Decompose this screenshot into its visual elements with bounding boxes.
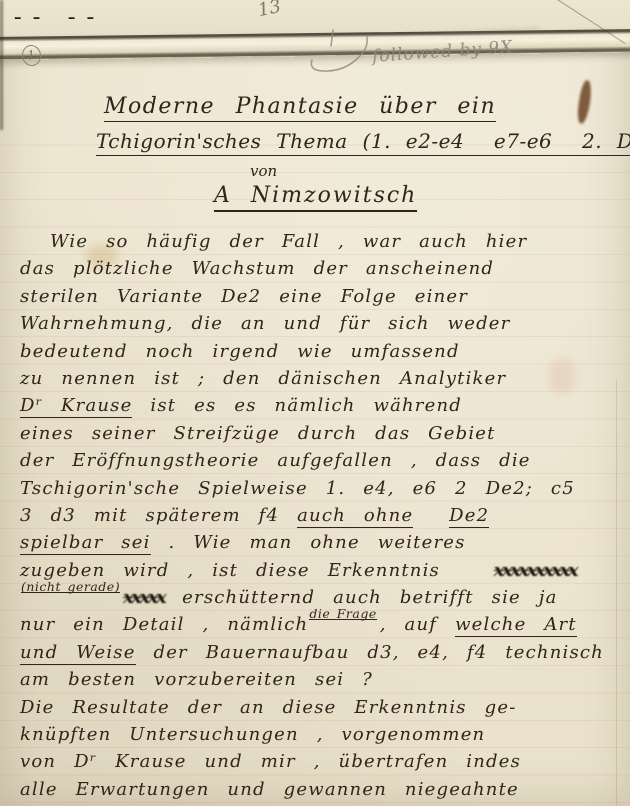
manuscript-page: – – – – 13 1 followed by 9X Moderne Phan… [0, 0, 630, 806]
handwritten-text: Die Resultate der an diese Erkenntnis ge… [20, 697, 517, 718]
handwritten-text: sterilen Variante De2 eine Folge einer [20, 286, 468, 307]
ink-scribble: xxxxxxxxxx [494, 560, 576, 581]
handwritten-text: . Wie man ohne weiteres [151, 532, 466, 553]
handwritten-text: zugeben wird , ist diese Erkenntnis [20, 560, 494, 581]
handwritten-text: Wie so häufig der Fall , war auch hier [50, 231, 527, 252]
handwritten-line: das plötzliche Wachstum der anscheinend [20, 258, 622, 285]
title-line-1-text: Moderne Phantasie über ein [104, 94, 496, 122]
scan-edge-shadow [0, 0, 3, 130]
handwritten-line: alle Erwartungen und gewannen niegeahnte [20, 779, 622, 806]
handwritten-text [413, 505, 449, 526]
handwritten-text: zu nennen ist ; den dänischen Analytiker [20, 368, 506, 389]
inserted-correction: (nicht gerade) [21, 582, 120, 593]
handwritten-text: von Dʳ Krause und mir , übertrafen indes [20, 751, 521, 772]
underlined-text: welche Art [455, 614, 577, 637]
ink-scribble: xxxxx [123, 587, 164, 608]
handwritten-text: Tschigorin'sche Spielweise 1. e4, e6 2 D… [20, 478, 575, 499]
underlined-text: und Weise [20, 642, 136, 665]
handwritten-text: eines seiner Streifzüge durch das Gebiet [20, 423, 496, 444]
handwritten-line: eines seiner Streifzüge durch das Gebiet [20, 423, 622, 450]
handwritten-text: Wahrnehmung, die an und für sich weder [20, 313, 510, 334]
handwritten-line: Die Resultate der an diese Erkenntnis ge… [20, 697, 622, 724]
handwritten-text: der Bauernaufbau d3, e4, f4 technisch [136, 642, 604, 663]
handwritten-line: spielbar sei . Wie man ohne weiteres [20, 532, 622, 559]
handwritten-line: Wie so häufig der Fall , war auch hier [20, 231, 622, 258]
handwritten-text: am besten vorzubereiten sei ? [20, 669, 373, 690]
inserted-correction: die Frage [309, 609, 376, 620]
handwritten-text: , auf [380, 614, 455, 635]
handwritten-text: erschütternd auch betrifft sie ja [164, 587, 557, 608]
title-line-1: Moderne Phantasie über ein [104, 94, 630, 119]
body-text: Wie so häufig der Fall , war auch hierda… [20, 231, 622, 806]
handwritten-line: zu nennen ist ; den dänischen Analytiker [20, 368, 622, 395]
handwritten-text: knüpften Untersuchungen , vorgenommen [20, 724, 485, 745]
handwritten-text: 3 d3 mit späterem f4 [20, 505, 297, 526]
handwritten-line: 3 d3 mit späterem f4 auch ohne De2 [20, 505, 622, 532]
handwritten-line: Dʳ Krause ist es es nämlich während [20, 395, 622, 422]
author-name: A Nimzowitsch [214, 183, 630, 208]
underlined-text: auch ohne [297, 505, 413, 528]
underlined-text: De2 [449, 505, 489, 528]
ink-dash-marks: – – – – [14, 8, 97, 26]
byline: von [250, 162, 630, 180]
handwritten-text: das plötzliche Wachstum der anscheinend [20, 258, 494, 279]
underlined-text: spielbar sei [20, 532, 151, 555]
handwritten-text: ist es es nämlich während [132, 395, 462, 416]
handwritten-line: sterilen Variante De2 eine Folge einer [20, 286, 622, 313]
handwritten-text: alle Erwartungen und gewannen niegeahnte [20, 779, 519, 800]
handwritten-line: der Eröffnungstheorie aufgefallen , dass… [20, 450, 622, 477]
title-line-2-text: Tchigorin'sches Thema (1. e2-e4 e7-e6 2.… [96, 129, 630, 156]
handwritten-text: der Eröffnungstheorie aufgefallen , dass… [20, 450, 531, 471]
title-block: Moderne Phantasie über ein Tchigorin'sch… [0, 94, 630, 208]
handwritten-line: von Dʳ Krause und mir , übertrafen indes [20, 751, 622, 778]
underlined-text: Dʳ Krause [20, 395, 132, 418]
handwritten-line: knüpften Untersuchungen , vorgenommen [20, 724, 622, 751]
handwritten-line: Tschigorin'sche Spielweise 1. e4, e6 2 D… [20, 478, 622, 505]
handwritten-line: bedeutend noch irgend wie umfassend [20, 341, 622, 368]
handwritten-text: bedeutend noch irgend wie umfassend [20, 341, 460, 362]
handwritten-line: und Weise der Bauernaufbau d3, e4, f4 te… [20, 642, 622, 669]
handwritten-line: am besten vorzubereiten sei ? [20, 669, 622, 696]
handwritten-line: nur ein Detail , nämlichdie Frage, auf w… [20, 614, 622, 641]
handwritten-text: nur ein Detail , nämlich [20, 614, 308, 635]
author-name-text: A Nimzowitsch [214, 183, 417, 212]
title-line-2: Tchigorin'sches Thema (1. e2-e4 e7-e6 2.… [96, 129, 630, 153]
handwritten-line: Wahrnehmung, die an und für sich weder [20, 313, 622, 340]
